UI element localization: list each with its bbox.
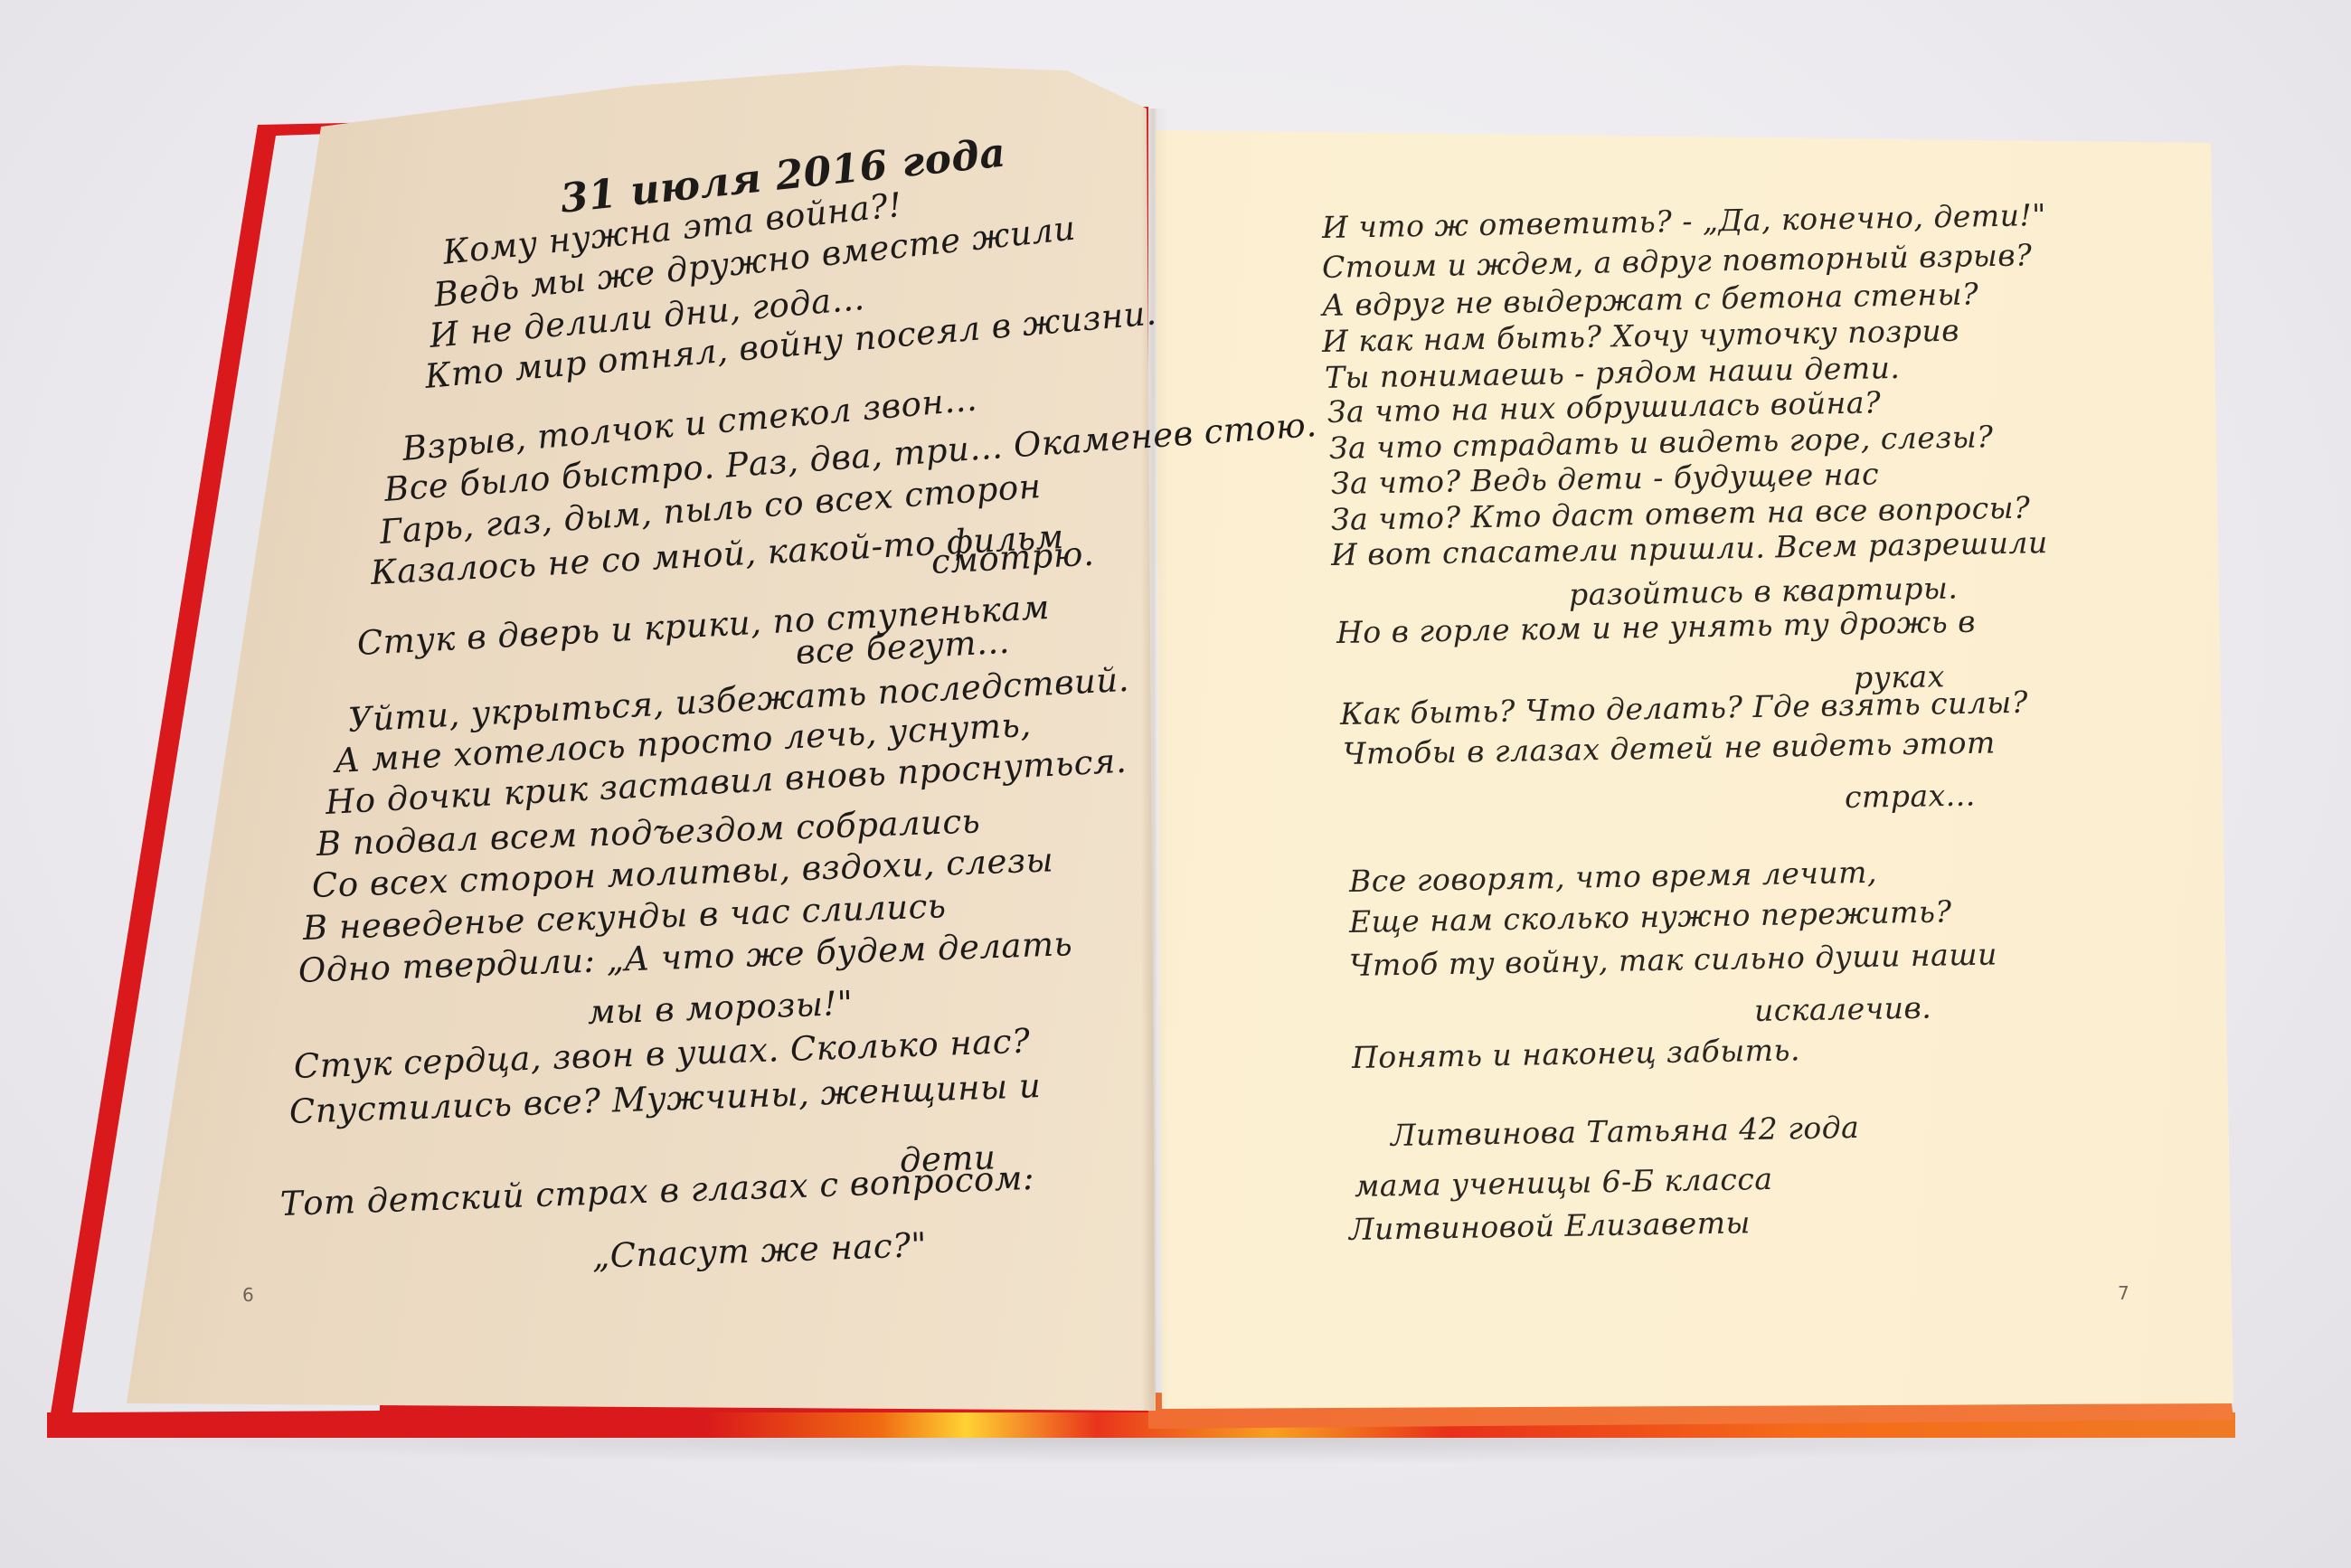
- poem-line: искалечив.: [1754, 990, 1932, 1028]
- poem-line: страх...: [1845, 777, 1976, 815]
- page-number-right: 7: [2118, 1282, 2129, 1304]
- signature-line: Литвиновой Елизаветы: [1349, 1204, 1751, 1247]
- page-number-left: 6: [242, 1284, 254, 1306]
- open-book-photo: 31 июля 2016 года Кому нужна эта война?!…: [0, 0, 2351, 1568]
- signature-line: мама ученицы 6-Б класса: [1355, 1161, 1773, 1204]
